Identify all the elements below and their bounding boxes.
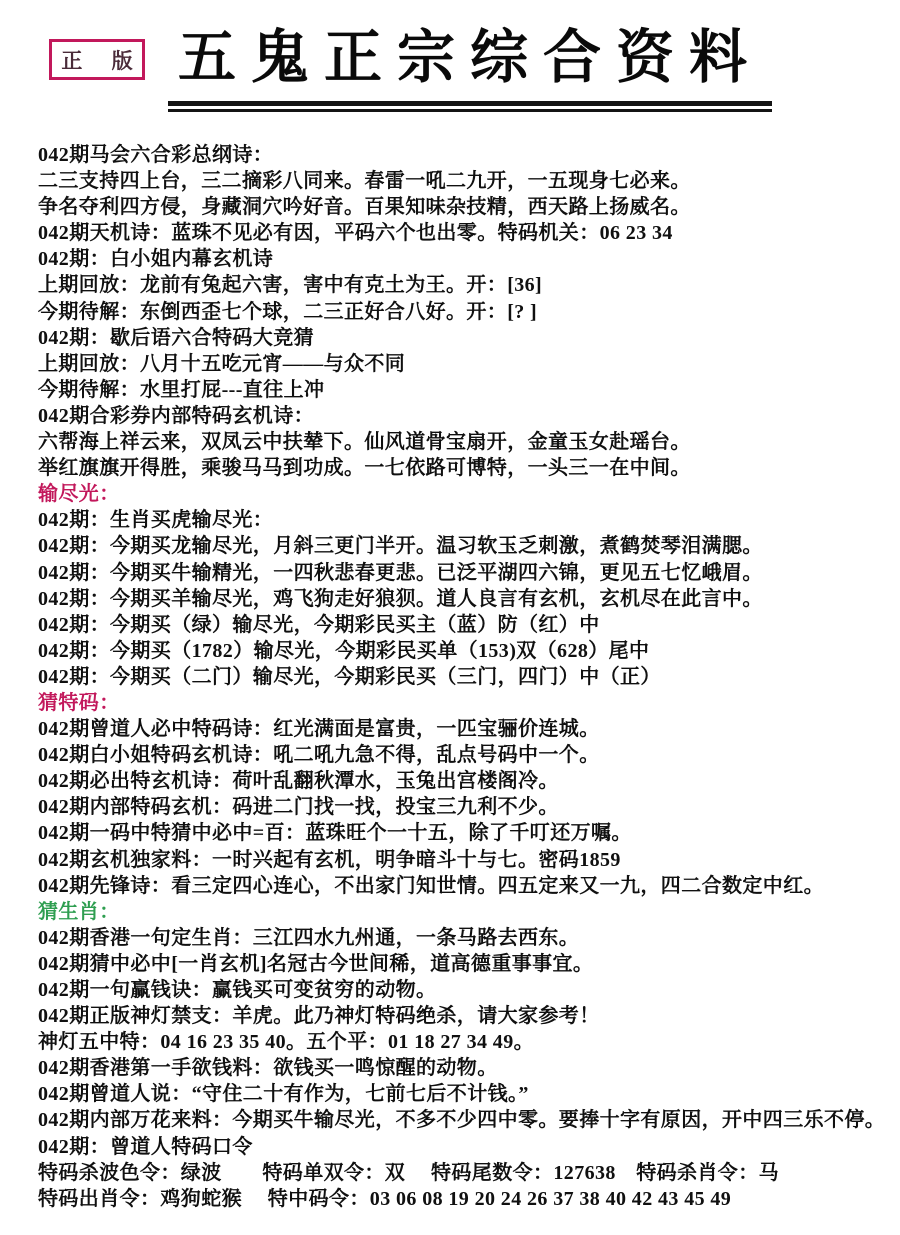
text-line: 042期必出特玄机诗：荷叶乱翻秋潭水，玉兔出宫楼阁冷。 xyxy=(38,768,886,794)
text-line: 042期一句赢钱诀：赢钱买可变贫穷的动物。 xyxy=(38,977,886,1003)
text-line: 今期待解：水里打屁---直往上冲 xyxy=(38,377,886,403)
section-heading: 猜生肖： xyxy=(38,899,886,925)
text-line: 042期：白小姐内幕玄机诗 xyxy=(38,246,886,272)
text-line: 042期曾道人说：“守住二十有作为，七前七后不计钱。” xyxy=(38,1081,886,1107)
authentic-badge: 正 版 xyxy=(49,39,145,80)
text-line: 042期内部万花来料：今期买牛输尽光，不多不少四中零。要捧十字有原因，开中四三乐… xyxy=(38,1107,886,1133)
text-line: 042期：今期买（绿）输尽光，今期彩民买主（蓝）防（红）中 xyxy=(38,612,886,638)
text-line: 042期玄机独家料：一时兴起有玄机，明争暗斗十与七。密码1859 xyxy=(38,847,886,873)
content-lines: 042期马会六合彩总纲诗：二三支持四上台，三二摘彩八同来。春雷一吼二九开，一五现… xyxy=(38,142,886,1212)
text-line: 042期：今期买羊输尽光，鸡飞狗走好狼狈。道人良言有玄机，玄机尽在此言中。 xyxy=(38,586,886,612)
text-line: 042期猜中必中[一肖玄机]名冠古今世间稀，道高德重事事宜。 xyxy=(38,951,886,977)
text-line: 上期回放：龙前有兔起六害，害中有克土为王。开：[36] xyxy=(38,272,886,298)
page: 正 版 五鬼正宗综合资料 042期马会六合彩总纲诗：二三支持四上台，三二摘彩八同… xyxy=(0,0,900,1235)
text-line: 六帮海上祥云来，双凤云中扶辇下。仙风道骨宝扇开，金童玉女赴瑶台。 xyxy=(38,429,886,455)
text-line: 042期香港一句定生肖：三江四水九州通，一条马路去西东。 xyxy=(38,925,886,951)
text-line: 042期曾道人必中特码诗：红光满面是富贵，一匹宝骊价连城。 xyxy=(38,716,886,742)
text-line: 042期：今期买（1782）输尽光，今期彩民买单（153)双（628）尾中 xyxy=(38,638,886,664)
text-line: 042期正版神灯禁支：羊虎。此乃神灯特码绝杀，请大家参考！ xyxy=(38,1003,886,1029)
text-line: 042期：今期买龙输尽光，月斜三更门半开。温习软玉乏刺激，煮鹤焚琴泪满腮。 xyxy=(38,533,886,559)
text-line: 042期一码中特猜中必中=百：蓝珠旺个一十五，除了千叮还万嘱。 xyxy=(38,820,886,846)
text-line: 042期：曾道人特码口令 xyxy=(38,1134,886,1160)
text-line: 042期：生肖买虎输尽光： xyxy=(38,507,886,533)
text-line: 042期马会六合彩总纲诗： xyxy=(38,142,886,168)
text-line: 二三支持四上台，三二摘彩八同来。春雷一吼二九开，一五现身七必来。 xyxy=(38,168,886,194)
text-line: 神灯五中特：04 16 23 35 40。五个平：01 18 27 34 49。 xyxy=(38,1029,886,1055)
text-line: 042期天机诗：蓝珠不见必有因，平码六个也出零。特码机关：06 23 34 xyxy=(38,220,886,246)
text-line: 特码杀波色令：绿波 特码单双令：双 特码尾数令：127638 特码杀肖令：马 xyxy=(38,1160,886,1186)
text-line: 042期：歇后语六合特码大竞猜 xyxy=(38,325,886,351)
title-underline xyxy=(168,101,772,112)
text-line: 042期合彩券内部特码玄机诗： xyxy=(38,403,886,429)
section-heading: 输尽光： xyxy=(38,481,886,507)
text-line: 042期香港第一手欲钱料：欲钱买一鸣惊醒的动物。 xyxy=(38,1055,886,1081)
text-line: 042期内部特码玄机：码进二门找一找，投宝三九利不少。 xyxy=(38,794,886,820)
text-line: 042期先锋诗：看三定四心连心，不出家门知世情。四五定来又一九，四二合数定中红。 xyxy=(38,873,886,899)
section-heading: 猜特码： xyxy=(38,690,886,716)
text-line: 特码出肖令：鸡狗蛇猴 特中码令：03 06 08 19 20 24 26 37 … xyxy=(38,1186,886,1212)
text-line: 042期白小姐特码玄机诗：吼二吼九急不得，乱点号码中一个。 xyxy=(38,742,886,768)
text-line: 042期：今期买（二门）输尽光，今期彩民买（三门，四门）中（正） xyxy=(38,664,886,690)
badge-label: 正 版 xyxy=(61,45,144,75)
text-line: 上期回放：八月十五吃元宵——与众不同 xyxy=(38,351,886,377)
text-line: 042期：今期买牛输精光，一四秋悲春更悲。已泛平湖四六锦，更见五七忆峨眉。 xyxy=(38,560,886,586)
page-title: 五鬼正宗综合资料 xyxy=(178,20,762,95)
text-line: 举红旗旗开得胜，乘骏马马到功成。一七依路可博特，一头三一在中间。 xyxy=(38,455,886,481)
text-line: 今期待解：东倒西歪七个球，二三正好合八好。开：[? ] xyxy=(38,299,886,325)
text-line: 争名夺利四方侵，身藏洞穴吟好音。百果知味杂技精，西天路上扬威名。 xyxy=(38,194,886,220)
